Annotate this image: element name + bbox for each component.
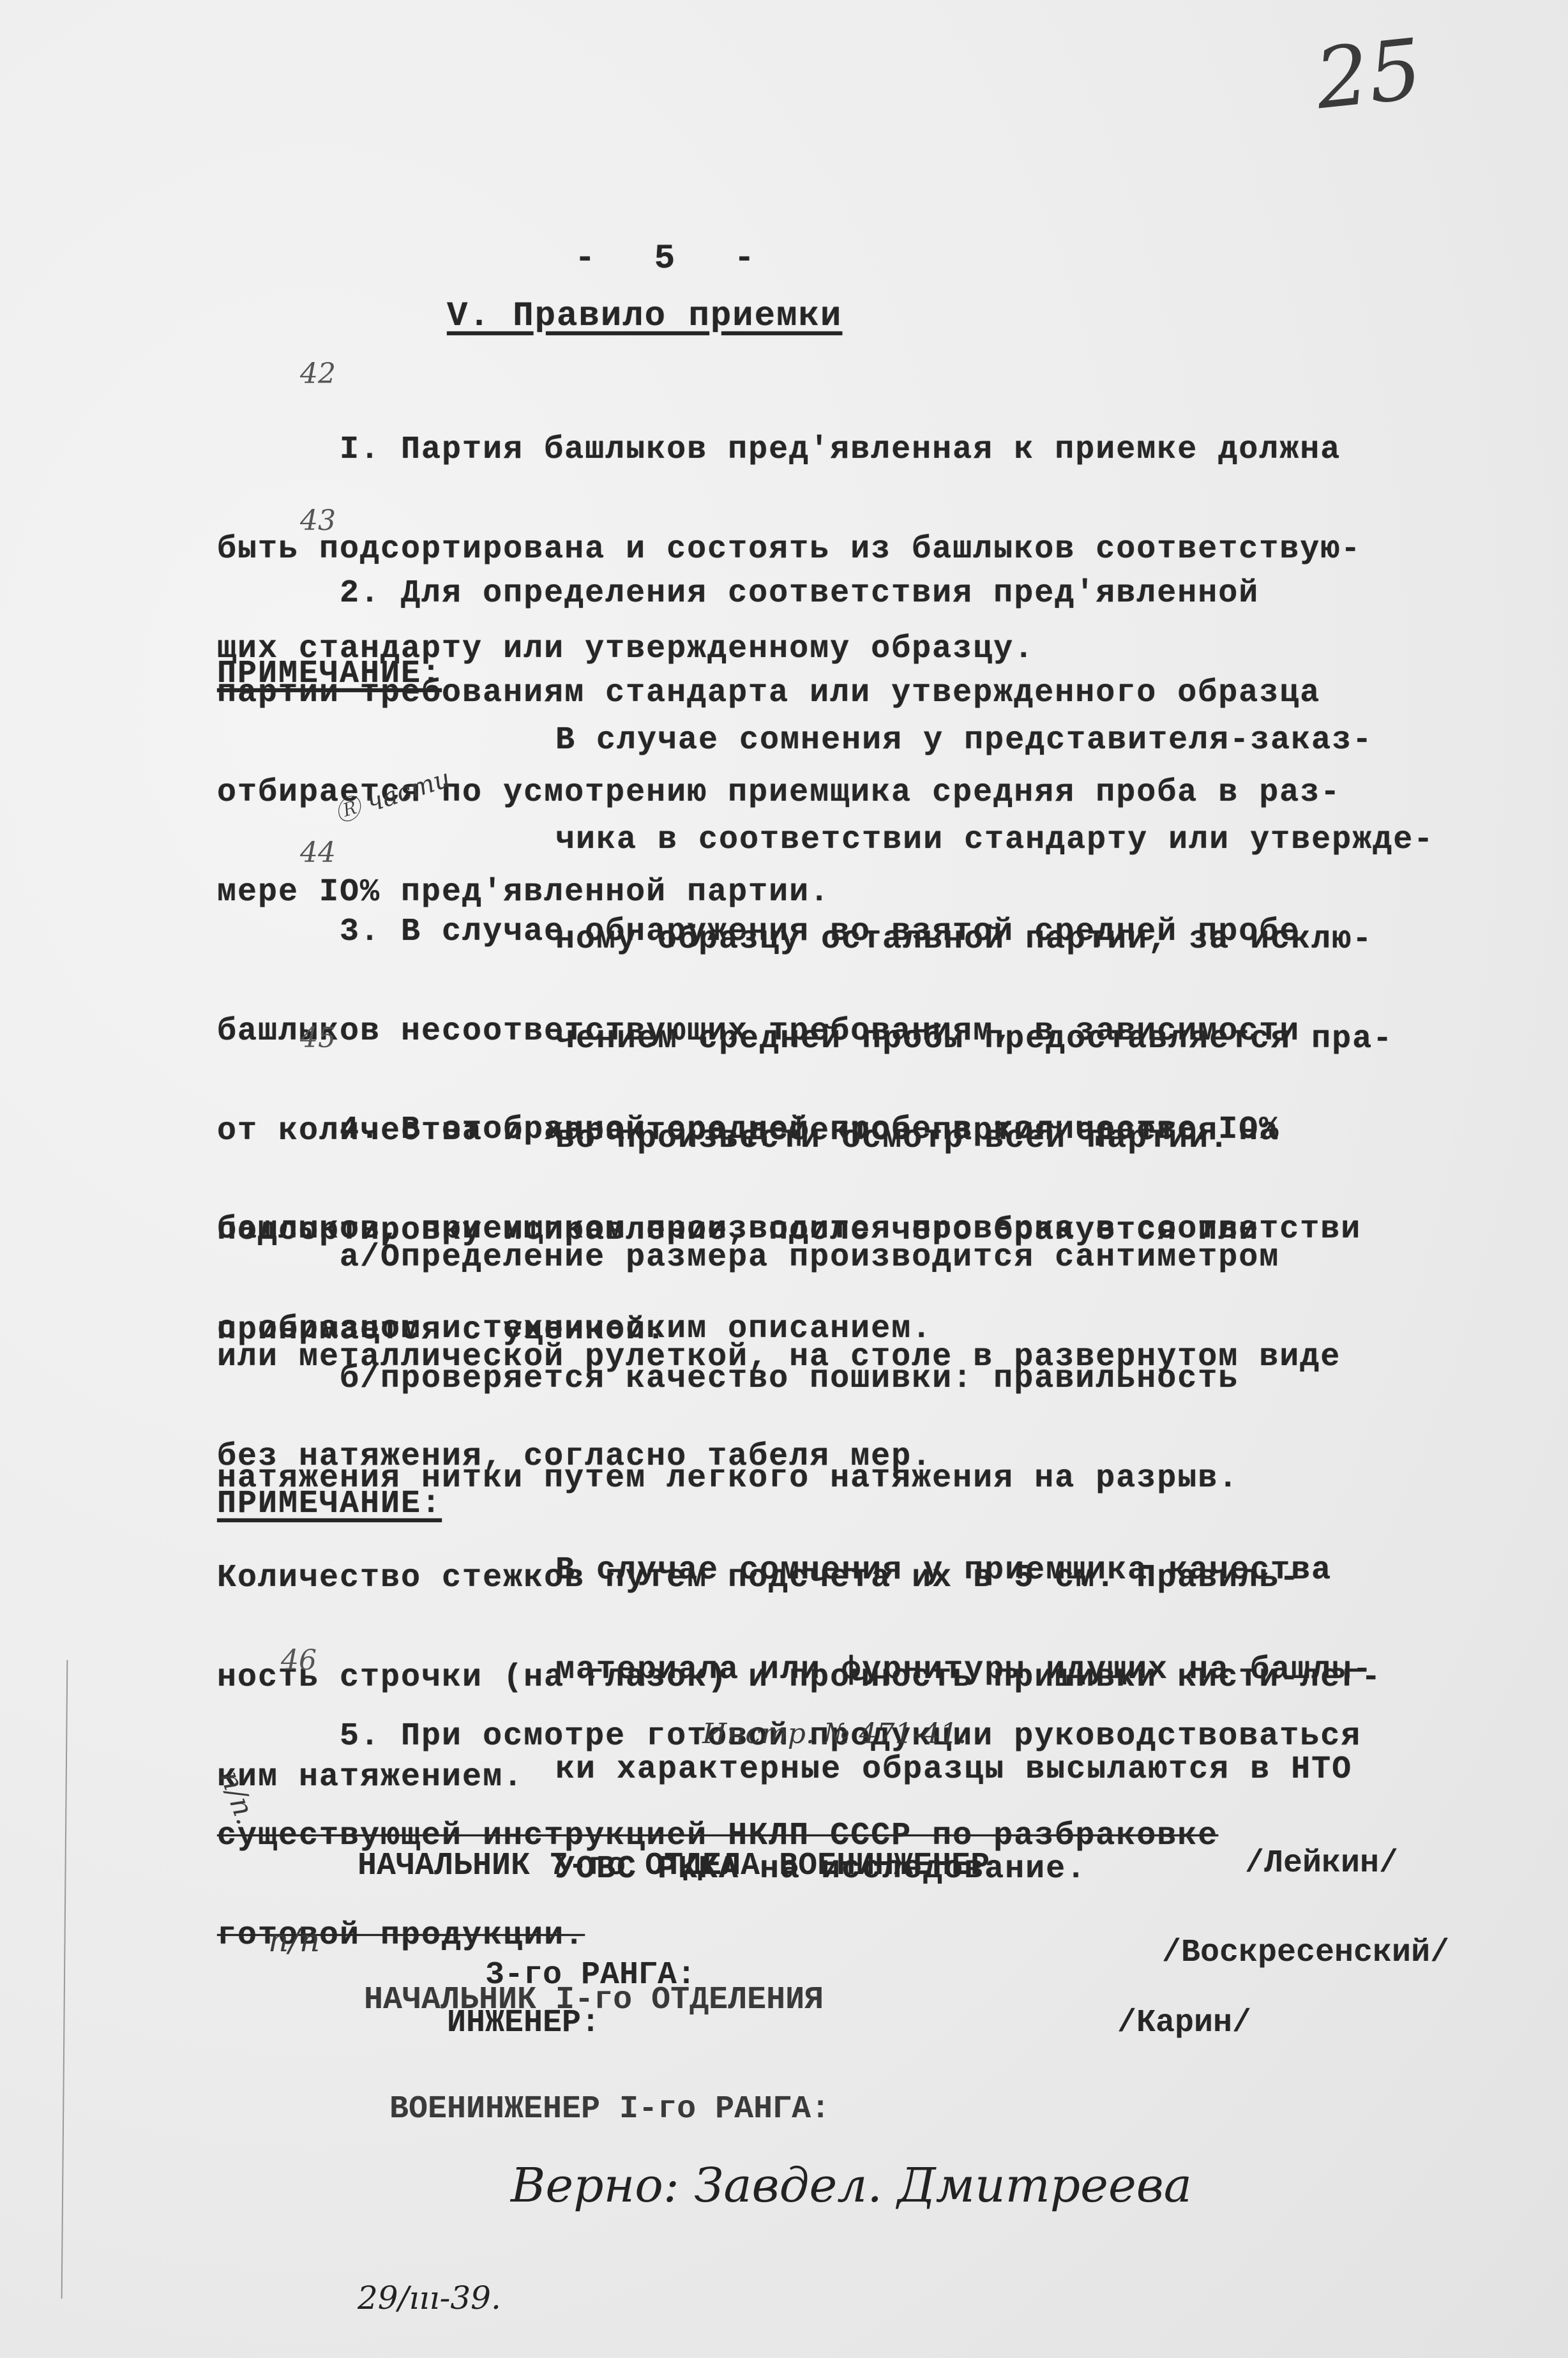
text-line: ВОЕНИНЖЕНЕР I-го РАНГА: <box>364 2091 830 2127</box>
text-line: башлыков несоответствующих требованиям, … <box>217 1015 1300 1048</box>
text-line: В случае сомнения у представителя-заказ- <box>555 724 1434 757</box>
text-line: В случае сомнения у приемщика качества <box>555 1554 1373 1587</box>
certification-signature: Верно: Завдел. Дмитреева <box>511 2158 1192 2213</box>
note-label: ПРИМЕЧАНИЕ: <box>217 1488 442 1521</box>
handwritten-insert: Инстр. № 471-41. <box>702 1718 967 1750</box>
text-line: I. Партия башлыков пред'явленная к прием… <box>217 434 1361 467</box>
margin-line <box>61 1660 68 2299</box>
text-line: б/проверяется качество пошивки: правильн… <box>217 1363 1382 1396</box>
text-line: 4. В отобранной средней пробе в количест… <box>217 1114 1361 1147</box>
text-line: 3. В случае обнаружения во взятой средне… <box>217 916 1300 949</box>
text-line: НАЧАЛЬНИК 7-го ОТДЕЛА ВОЕНИНЖЕНЕР <box>358 1848 990 1884</box>
folio-number: 25 <box>1311 20 1426 128</box>
signature-name: /Лейкин/ <box>1245 1845 1398 1882</box>
signature-name: /Карин/ <box>1117 2005 1251 2041</box>
section-title: V. Правило приемки <box>447 300 842 333</box>
note-label: ПРИМЕЧАНИЕ: <box>217 658 442 691</box>
signature-title: ИНЖЕНЕР: <box>447 2005 600 2041</box>
page-number: - 5 - <box>575 243 774 276</box>
signature-title: НАЧАЛЬНИК I-го ОТДЕЛЕНИЯ ВОЕНИНЖЕНЕР I-г… <box>364 1909 830 2200</box>
document-page: 25 - 5 - V. Правило приемки 42 I. Партия… <box>0 0 1568 2358</box>
signature-name: /Воскресенский/ <box>1162 1935 1449 1971</box>
text-line: 2. Для определения соответствия пред'явл… <box>217 577 1341 610</box>
marginal-note: п/п <box>268 1922 320 1959</box>
text-line: а/Определение размера производится санти… <box>217 1241 1341 1274</box>
certification-date: 29/ııı-39. <box>358 2279 501 2316</box>
